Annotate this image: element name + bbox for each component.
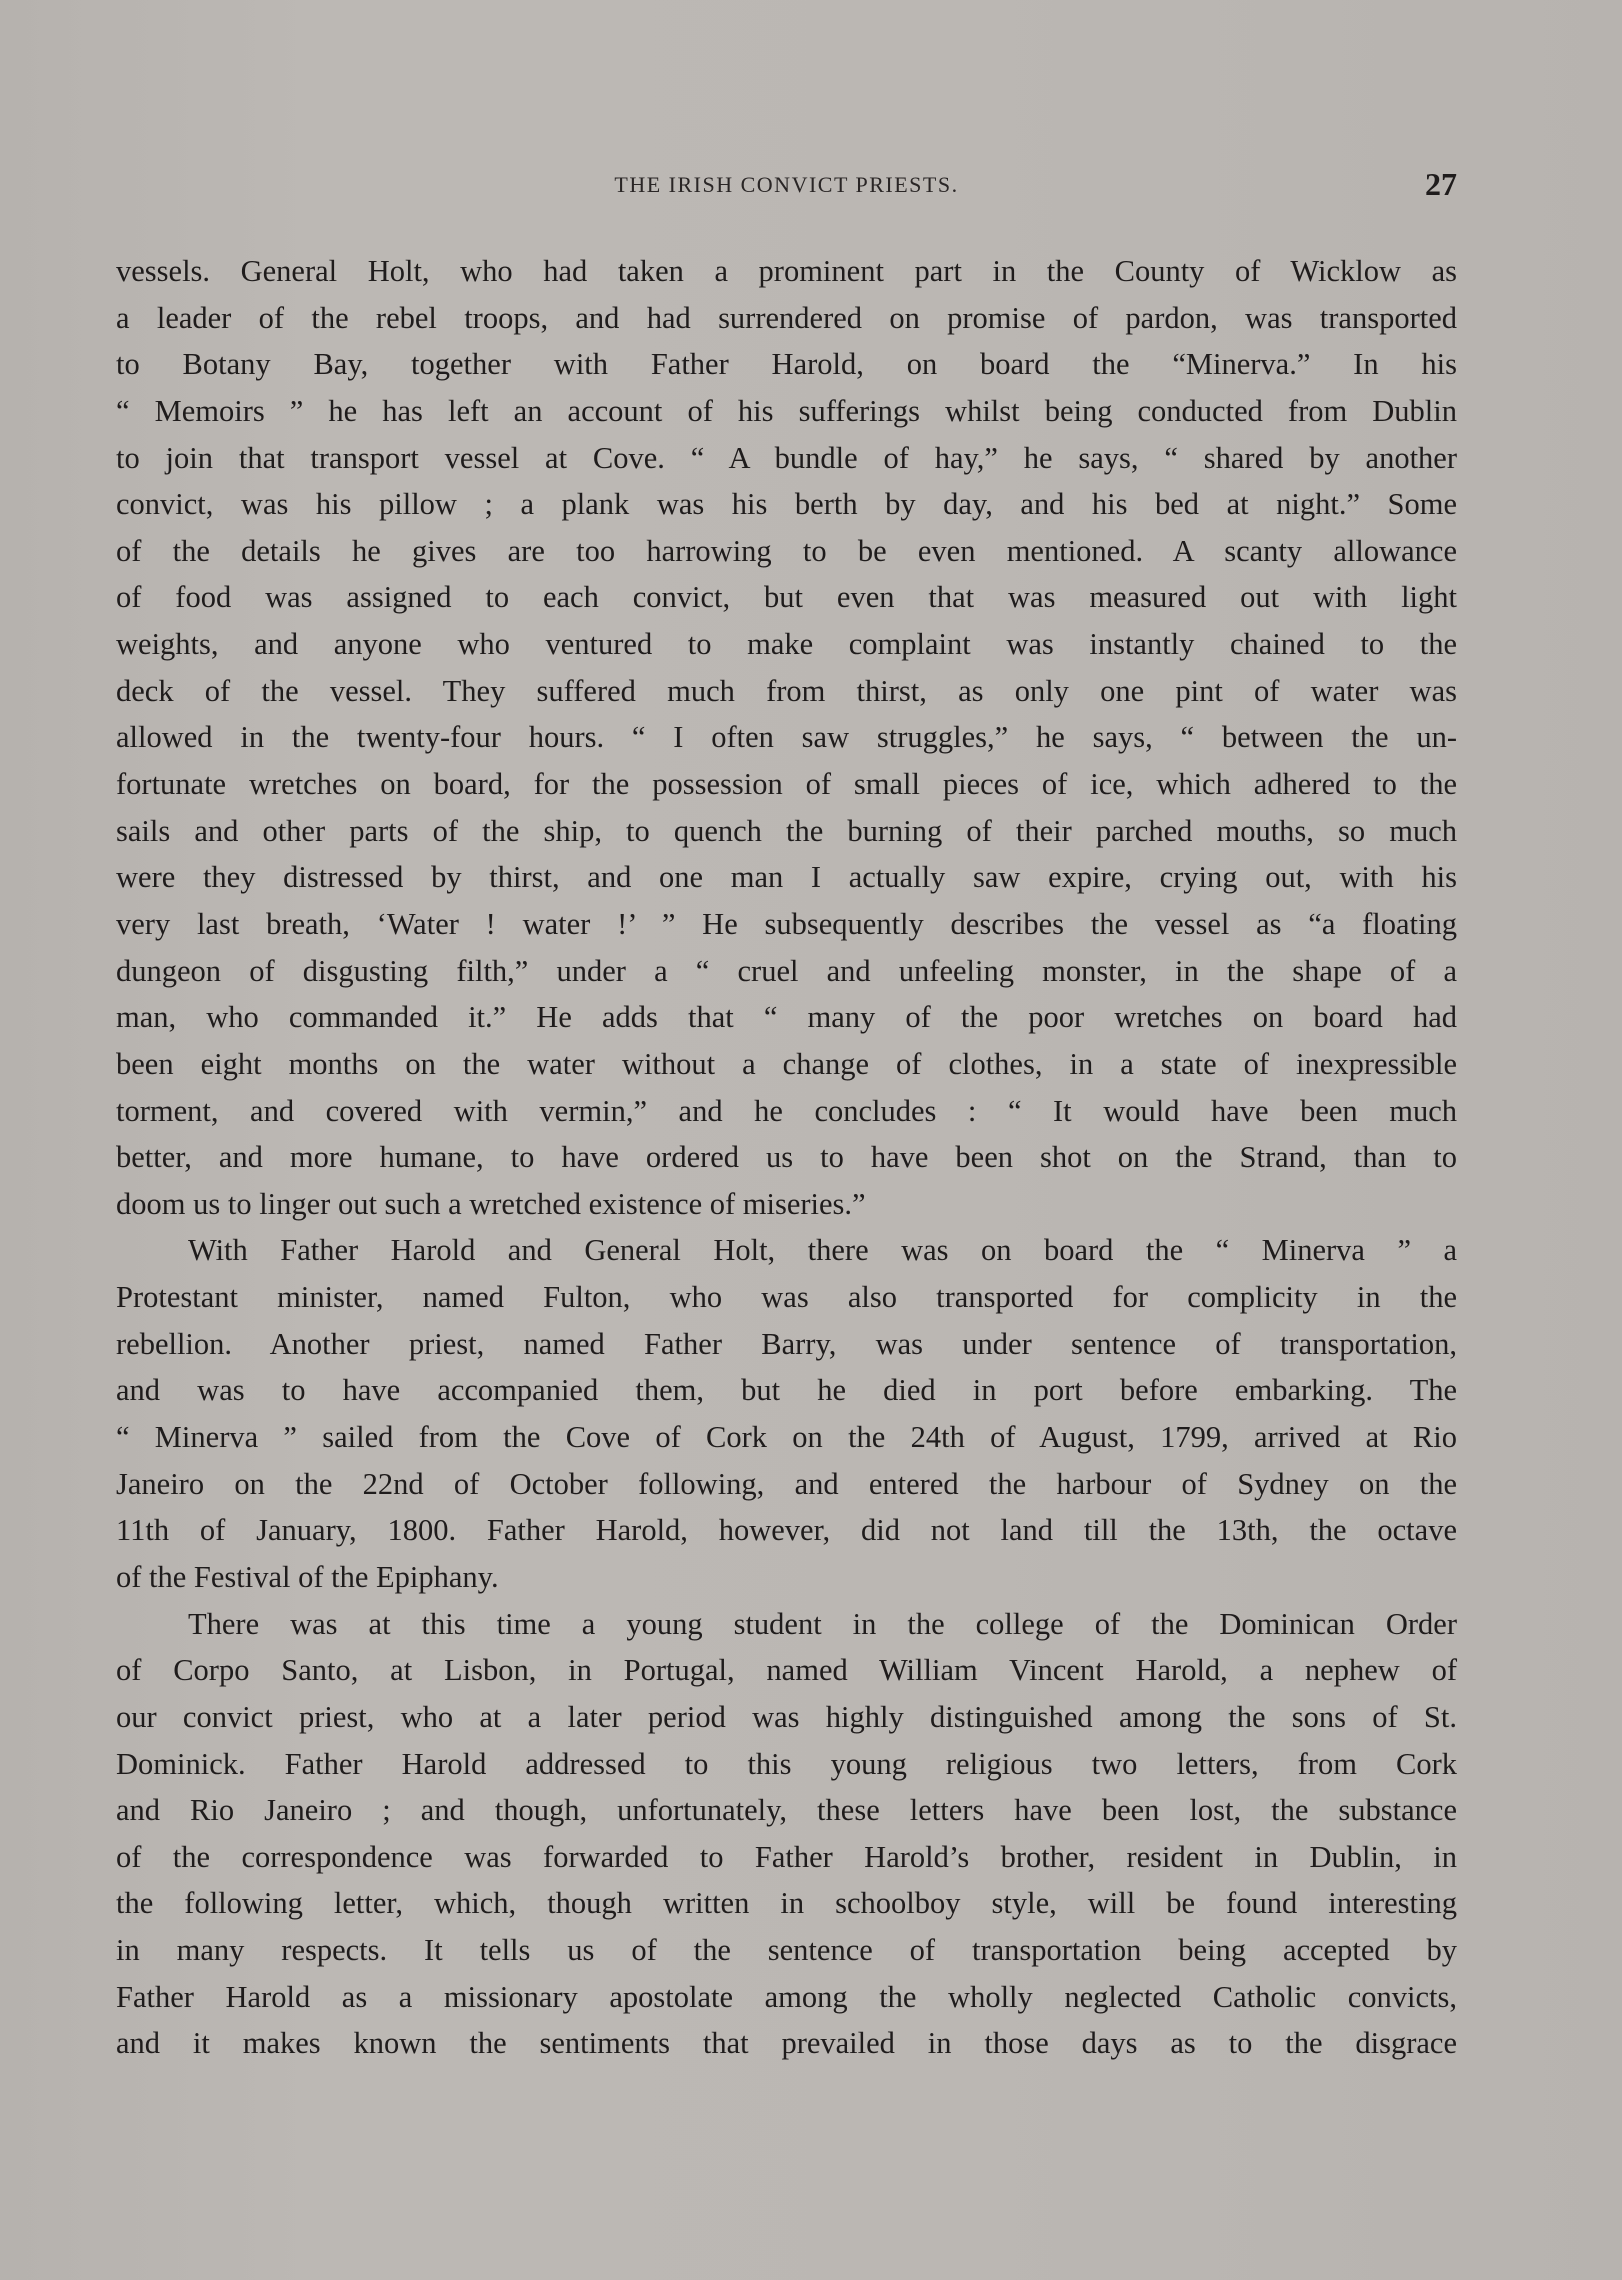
text-line: man, who commanded it.” He adds that “ m… xyxy=(116,994,1457,1041)
running-title: THE IRISH CONVICT PRIESTS. xyxy=(116,172,1457,198)
text-line: our convict priest, who at a later perio… xyxy=(116,1694,1457,1741)
text-line: were they distressed by thirst, and one … xyxy=(116,854,1457,901)
text-line: Father Harold as a missionary apostolate… xyxy=(116,1974,1457,2021)
text-line: fortunate wretches on board, for the pos… xyxy=(116,761,1457,808)
text-line: better, and more humane, to have ordered… xyxy=(116,1134,1457,1181)
paragraph-1: vessels. General Holt, who had taken a p… xyxy=(116,248,1457,1227)
text-line: allowed in the twenty-four hours. “ I of… xyxy=(116,714,1457,761)
text-line: of the correspondence was forwarded to F… xyxy=(116,1834,1457,1881)
text-line: of Corpo Santo, at Lisbon, in Portugal, … xyxy=(116,1647,1457,1694)
text-line: and Rio Janeiro ; and though, unfortunat… xyxy=(116,1787,1457,1834)
paragraph-2: With Father Harold and General Holt, the… xyxy=(116,1227,1457,1600)
text-line: weights, and anyone who ventured to make… xyxy=(116,621,1457,668)
text-line: very last breath, ‘Water ! water !’ ” He… xyxy=(116,901,1457,948)
book-page: THE IRISH CONVICT PRIESTS. 27 vessels. G… xyxy=(0,0,1622,2280)
text-line: vessels. General Holt, who had taken a p… xyxy=(116,248,1457,295)
page-number: 27 xyxy=(1425,166,1457,203)
text-line: a leader of the rebel troops, and had su… xyxy=(116,295,1457,342)
text-line: Protestant minister, named Fulton, who w… xyxy=(116,1274,1457,1321)
text-line: to Botany Bay, together with Father Haro… xyxy=(116,341,1457,388)
text-line: Dominick. Father Harold addressed to thi… xyxy=(116,1741,1457,1788)
text-line: of the details he gives are too harrowin… xyxy=(116,528,1457,575)
running-head: THE IRISH CONVICT PRIESTS. 27 xyxy=(116,166,1457,202)
text-line: Janeiro on the 22nd of October following… xyxy=(116,1461,1457,1508)
text-line: and it makes known the sentiments that p… xyxy=(116,2020,1457,2067)
text-line: of food was assigned to each convict, bu… xyxy=(116,574,1457,621)
text-line: in many respects. It tells us of the sen… xyxy=(116,1927,1457,1974)
text-line: rebellion. Another priest, named Father … xyxy=(116,1321,1457,1368)
text-line: deck of the vessel. They suffered much f… xyxy=(116,668,1457,715)
paragraph-3: There was at this time a young student i… xyxy=(116,1601,1457,2067)
text-line: sails and other parts of the ship, to qu… xyxy=(116,808,1457,855)
text-line: doom us to linger out such a wretched ex… xyxy=(116,1181,1457,1228)
text-line: been eight months on the water without a… xyxy=(116,1041,1457,1088)
text-line: and was to have accompanied them, but he… xyxy=(116,1367,1457,1414)
text-line: torment, and covered with vermin,” and h… xyxy=(116,1088,1457,1135)
text-line: 11th of January, 1800. Father Harold, ho… xyxy=(116,1507,1457,1554)
body-text: vessels. General Holt, who had taken a p… xyxy=(116,248,1457,2067)
text-line: to join that transport vessel at Cove. “… xyxy=(116,435,1457,482)
text-line: “ Memoirs ” he has left an account of hi… xyxy=(116,388,1457,435)
text-line: the following letter, which, though writ… xyxy=(116,1880,1457,1927)
text-line: convict, was his pillow ; a plank was hi… xyxy=(116,481,1457,528)
text-line: of the Festival of the Epiphany. xyxy=(116,1554,1457,1601)
text-line: dungeon of disgusting filth,” under a “ … xyxy=(116,948,1457,995)
text-line: There was at this time a young student i… xyxy=(116,1601,1457,1648)
text-line: With Father Harold and General Holt, the… xyxy=(116,1227,1457,1274)
text-line: “ Minerva ” sailed from the Cove of Cork… xyxy=(116,1414,1457,1461)
